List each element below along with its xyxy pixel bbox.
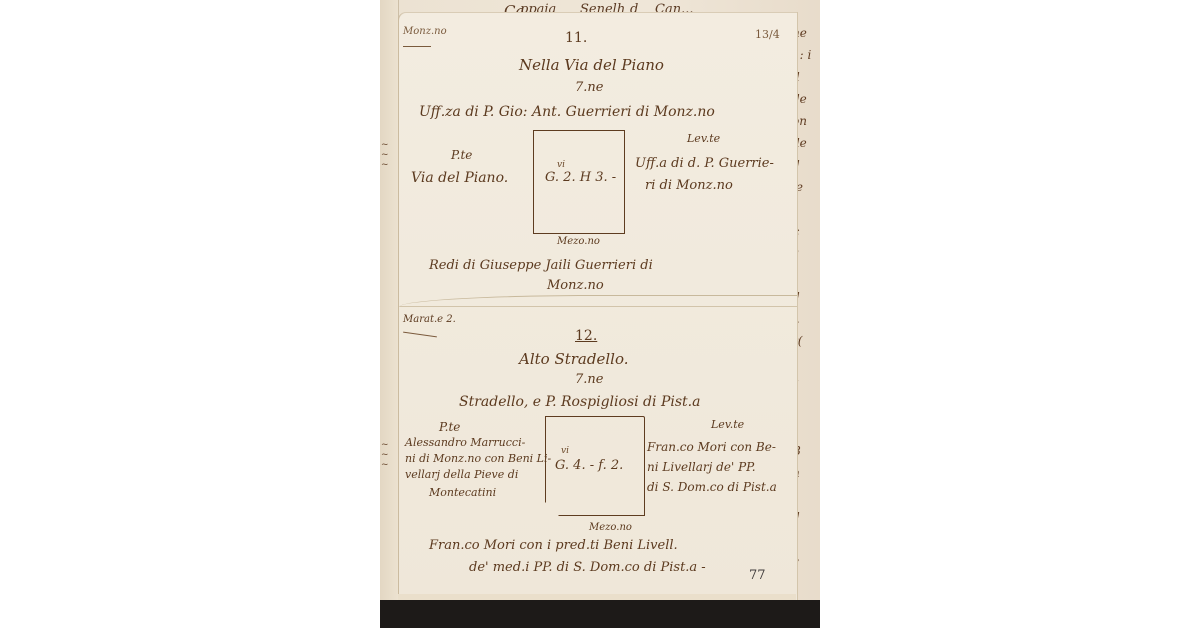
boundary-west-line2: ni di Monz.no con Beni Li-: [405, 452, 551, 465]
boundary-east-line3: di S. Dom.co di Pist.a: [647, 480, 777, 494]
boundary-east-line1: Fran.co Mori con Be-: [647, 440, 776, 454]
margin-underline: [403, 46, 431, 47]
margin-note: Monz.no: [403, 26, 447, 37]
boundary-north: Stradello, e P. Rospigliosi di Pist.a: [459, 394, 700, 410]
boundary-north: Uff.za di P. Gio: Ant. Guerrieri di Monz…: [419, 104, 715, 120]
boundary-west: Via del Piano.: [411, 170, 508, 186]
cardinal-north: 7.ne: [575, 372, 603, 387]
boundary-south-line2: de' med.i PP. di S. Dom.co di Pist.a -: [469, 560, 706, 575]
page-fold-line: [399, 295, 797, 307]
boundary-west-line4: Montecatini: [429, 486, 496, 499]
parcel-measure: G. 2. H 3. -: [545, 170, 616, 185]
entry-number: 11.: [565, 30, 587, 46]
margin-note: Marat.e 2.: [403, 314, 456, 325]
parcel-measure: G. 4. - f. 2.: [555, 458, 623, 473]
label-east: Lev.te: [711, 418, 744, 431]
entry-number: 12.: [575, 328, 597, 344]
label-west: P.te: [451, 148, 472, 162]
cardinal-north: 7.ne: [575, 80, 603, 95]
manuscript-scan: Ca ppaia Senelh d Can... ne 1: i ll de o…: [380, 0, 820, 628]
label-west: P.te: [439, 420, 460, 434]
boundary-west-line3: vellarj della Pieve di: [405, 468, 518, 481]
boundary-west-line1: Alessandro Marrucci-: [405, 436, 525, 449]
manuscript-sheet: 13/4 Monz.no 11. Nella Via del Piano 7.n…: [398, 12, 798, 600]
boundary-south-line1: Fran.co Mori con i pred.ti Beni Livell.: [429, 538, 678, 553]
page-number-corner: 13/4: [755, 28, 780, 41]
folio-number: 77: [749, 568, 766, 583]
boundary-east-line2: ni Livellarj de' PP.: [647, 460, 756, 474]
scan-background-dark: [380, 600, 820, 628]
margin-underline: [403, 332, 437, 338]
entry-title: Alto Stradello.: [519, 350, 628, 368]
boundary-south-line1: Redi di Giuseppe Jaili Guerrieri di: [429, 258, 653, 273]
boundary-east-line2: ri di Monz.no: [645, 178, 733, 193]
label-south: Mezo.no: [557, 236, 600, 247]
label-south: Mezo.no: [589, 522, 632, 533]
entry-title: Nella Via del Piano: [519, 56, 664, 74]
left-page-edge: ~~~ ~~~: [380, 0, 399, 600]
boundary-east-line1: Uff.a di d. P. Guerrie-: [635, 156, 774, 171]
label-east: Lev.te: [687, 132, 720, 145]
boundary-south-line2: Monz.no: [547, 278, 604, 293]
